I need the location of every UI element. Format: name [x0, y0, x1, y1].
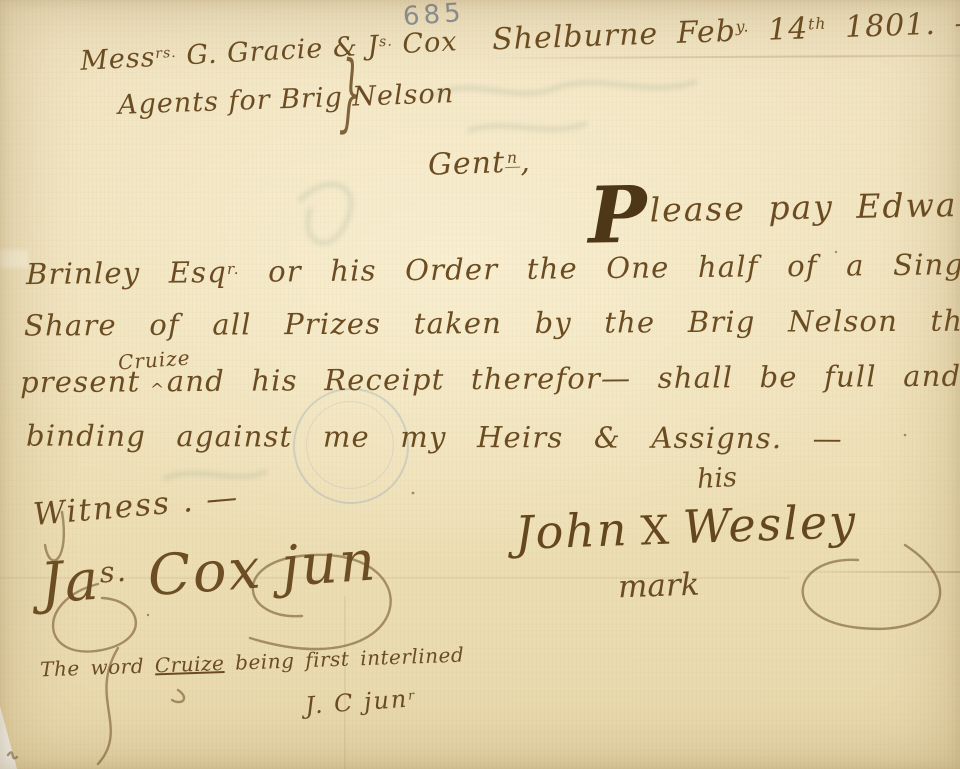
manuscript-page: 685 Shelburne Feby. 14th 1801. – Messrs.…	[0, 0, 960, 769]
salutation-comma: ,	[520, 144, 532, 179]
notation-initials-superscript: r	[408, 687, 417, 703]
signature-mark-label: mark	[617, 567, 700, 606]
witness-signature-cox-jun: Cox jun	[126, 528, 379, 610]
body-line-2: Share of all Prizes taken by the Brig Ne…	[24, 303, 960, 342]
signature-mark-x: X	[640, 508, 672, 555]
dateline-day: 14	[749, 11, 809, 48]
fold-crease-top	[480, 55, 960, 60]
body-brinley: Brinley Esq	[26, 255, 227, 291]
body-line-3-rest: and his Receipt therefor— shall be full …	[167, 359, 960, 399]
notation-line: The word Cruize being first interlined	[40, 643, 465, 682]
addressee-line-1: Messrs. G. Gracie & Js. Cox	[79, 26, 458, 77]
fold-crease-right	[770, 571, 960, 573]
body-esq-superscript: r.	[227, 260, 240, 278]
addressee-js-superscript: s.	[379, 34, 393, 51]
paper-tear-bottom-left	[0, 702, 17, 769]
principal-signature: JohnXWesley	[514, 494, 858, 560]
notation-text-b: being first interlined	[224, 643, 465, 675]
signature-last-name: Wesley	[682, 494, 858, 554]
dateline: Shelburne Feby. 14th 1801. –	[492, 6, 960, 58]
signature-his-label: his	[696, 462, 737, 495]
addressee-messrs: Mess	[79, 42, 156, 77]
dateline-month-superscript: y.	[735, 18, 749, 36]
notation-initials-text: J. C jun	[304, 685, 409, 720]
body-present: present	[20, 364, 141, 399]
fold-crease-vertical	[344, 596, 346, 769]
witness-label: Witness . —	[32, 479, 241, 533]
witness-signature-superscript: s.	[98, 554, 129, 590]
body-line-4: binding against me my Heirs & Assigns. —	[26, 419, 843, 456]
witness-signature: Jas. Cox jun	[38, 528, 379, 616]
dateline-day-superscript: th	[808, 15, 827, 34]
notation-underlined-word: Cruize	[154, 651, 224, 677]
opening-text: lease pay Edward	[649, 184, 960, 229]
salutation-superscript: n	[505, 149, 521, 169]
notation-initials: J. C junr	[304, 684, 417, 720]
addressee-messrs-superscript: rs.	[155, 45, 177, 62]
witness-signature-ja: Ja	[38, 548, 102, 617]
dateline-year: 1801. –	[826, 6, 960, 46]
addressee-line-2: Agents for Brig Nelson	[118, 78, 455, 121]
salutation: Gentn,	[427, 144, 531, 183]
body-line-1-rest: or his Order the One half of a Single	[240, 247, 960, 289]
opening-line: Please pay Edward	[588, 184, 960, 230]
notation-text-a: The word	[40, 653, 156, 681]
dateline-place-month: Shelburne Feb	[492, 14, 737, 57]
addressee-cox: Cox	[392, 26, 458, 60]
body-line-1: Brinley Esqr. or his Order the One half …	[26, 247, 960, 291]
body-line-3: present and his Receipt therefor— shall …	[20, 359, 960, 400]
addressee-brace: }	[339, 43, 362, 145]
left-edge-wear	[0, 250, 28, 268]
signature-first-name: John	[514, 502, 629, 560]
opening-initial-flourish: P	[587, 170, 649, 262]
salutation-gent: Gent	[427, 145, 505, 183]
